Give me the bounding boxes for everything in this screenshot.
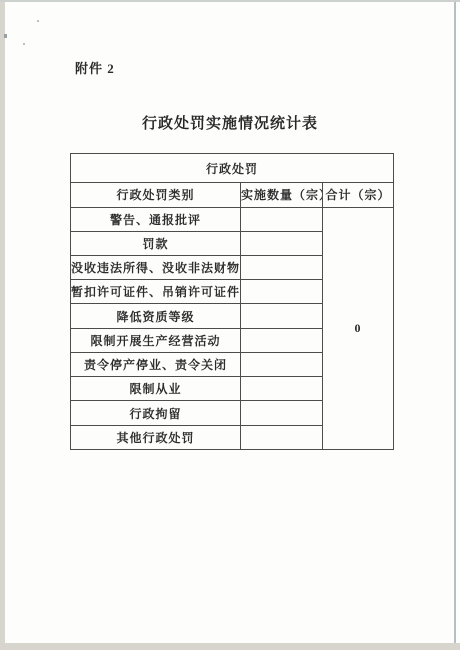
penalty-type-cell: 限制开展生产经营活动: [71, 328, 241, 352]
attachment-label: 附件 2: [75, 58, 115, 77]
count-cell: [241, 352, 323, 376]
scan-edge-bottom: [0, 643, 460, 650]
scanned-page: 附件 2 行政处罚实施情况统计表 行政处罚 行政处罚类别 实施数量（宗） 合计（…: [0, 0, 460, 650]
column-header-category: 行政处罚类别: [71, 183, 241, 207]
penalty-type-cell: 警告、通报批评: [71, 207, 241, 231]
penalty-type-cell: 其他行政处罚: [71, 425, 241, 449]
scan-edge-right: [454, 2, 456, 643]
page-title: 行政处罚实施情况统计表: [0, 112, 460, 133]
count-cell: [241, 231, 323, 255]
penalty-type-cell: 限制从业: [71, 377, 241, 401]
count-cell: [241, 328, 323, 352]
table-span-header: 行政处罚: [71, 154, 394, 183]
total-value-cell: 0: [323, 207, 394, 449]
count-cell: [241, 256, 323, 280]
count-cell: [241, 401, 323, 425]
count-cell: [241, 207, 323, 231]
table-column-header-row: 行政处罚类别 实施数量（宗） 合计（宗）: [71, 183, 394, 207]
count-cell: [241, 280, 323, 304]
scan-speck: [37, 20, 39, 22]
table-span-header-row: 行政处罚: [71, 154, 394, 183]
count-cell: [241, 377, 323, 401]
count-cell: [241, 304, 323, 328]
column-header-count: 实施数量（宗）: [241, 183, 323, 207]
penalty-type-cell: 责令停产停业、责令关闭: [71, 352, 241, 376]
scan-speck: [23, 43, 25, 45]
scan-edge-left: [0, 0, 5, 650]
penalty-statistics-table: 行政处罚 行政处罚类别 实施数量（宗） 合计（宗） 警告、通报批评 0 罚款 没…: [70, 153, 394, 450]
column-header-total: 合计（宗）: [323, 183, 394, 207]
scan-edge-top: [0, 0, 460, 2]
count-cell: [241, 425, 323, 449]
penalty-type-cell: 降低资质等级: [71, 304, 241, 328]
penalty-type-cell: 没收违法所得、没收非法财物: [71, 256, 241, 280]
scan-speck: [4, 34, 7, 38]
penalty-type-cell: 罚款: [71, 231, 241, 255]
penalty-type-cell: 暂扣许可证件、吊销许可证件: [71, 280, 241, 304]
penalty-type-cell: 行政拘留: [71, 401, 241, 425]
table-row: 警告、通报批评 0: [71, 207, 394, 231]
